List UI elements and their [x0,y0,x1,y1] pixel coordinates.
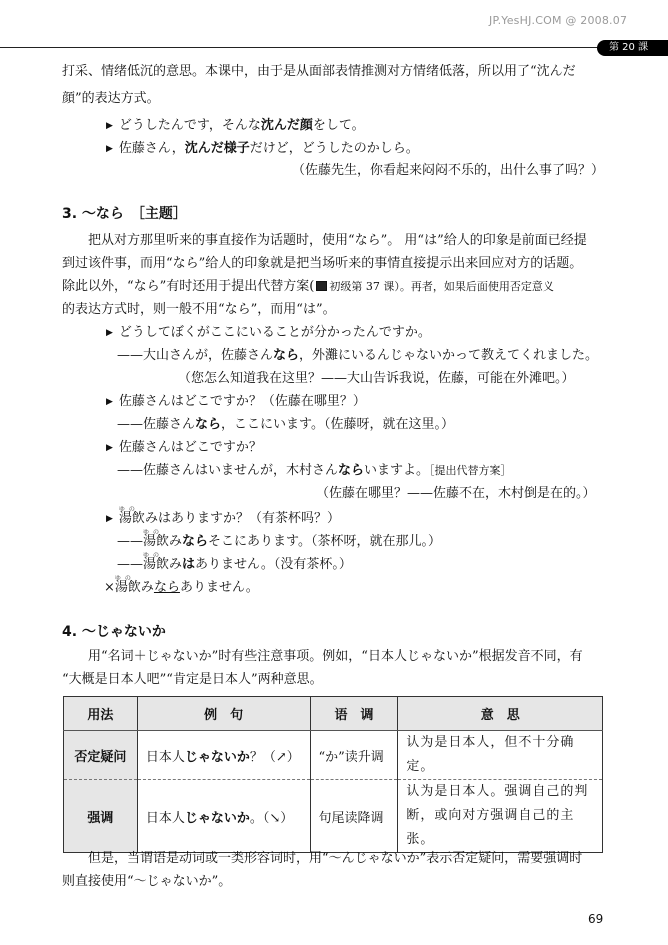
section-heading-3: 3. ～なら ［主题］ [62,206,187,222]
lesson-badge: 第 20 課 [597,40,668,56]
usage-cell: 否定疑问 [64,731,138,780]
bullet-triangle-icon: ▶ [106,144,113,154]
ruby-word: ゆの湯飲 [119,511,145,527]
column-header: 意 思 [398,697,603,731]
example-item: ▶佐藤さんはどこですか？ [106,440,262,457]
example-cell: 日本人じゃないか。（↘） [137,780,310,853]
cross-mark-icon: × [104,580,115,595]
example-answer: ——大山さんが，佐藤さんなら，外灘にいるんじゃないかって教えてくれました。 [117,348,598,364]
column-header: 用法 [64,697,138,731]
example-cell: 日本人じゃないか？（↗） [137,731,310,780]
bullet-triangle-icon: ▶ [106,397,113,407]
translation: （佐藤先生，你看起来闷闷不乐的，出什么事了吗？） [292,163,604,179]
translation: （佐藤在哪里？——佐藤不在，木村倒是在的。） [316,486,596,502]
column-header: 例 句 [137,697,310,731]
example-answer: ——佐藤さんなら，ここにいます。（佐藤呀，就在这里。） [117,417,454,433]
paragraph-line: 用“名词＋じゃないか”时有些注意事项。例如，“日本人じゃないか”根据发音不同，有 [88,649,583,665]
example-item: ▶佐藤さん，沈んだ様子だけど，どうしたのかしら。 [106,141,419,158]
ruby-word: ゆの湯飲 [143,557,169,573]
paragraph-line: 的表达方式时，则一般不用“なら”，而用“は”。 [62,302,336,318]
paragraph-line: 除此以外，“なら”有时还用于提出代替方案(初级第 37 课）。再者，如果后面使用… [62,279,554,295]
intonation-cell: “か”读升调 [310,731,398,780]
example-answer: ——佐藤さんはいませんが，木村さんならいますよ。［提出代替方案］ [117,463,512,479]
example-item: ▶どうしてぼくがここにいることが分かったんですか。 [106,325,431,342]
example-answer: ——ゆの湯飲みならそこにあります。（茶杯呀，就在那儿。） [117,534,441,550]
paragraph-line: 到过该件事，而用“なら”给人的印象就是把当场听来的事情直接提示出来回应对方的话题… [62,256,582,272]
ruby-word: ゆの湯飲 [115,580,141,596]
meaning-cell: 认为是日本人。强调自己的判断，或向对方强调自己的主张。 [398,780,603,853]
bullet-triangle-icon: ▶ [106,328,113,338]
watermark: JP.YesHJ.COM @ 2008.07 [489,14,627,27]
column-header: 语 调 [310,697,398,731]
paragraph-line: “大概是日本人吧”“肯定是日本人”两种意思。 [62,672,323,688]
header-rule [0,47,600,48]
grammar-table: 用法 例 句 语 调 意 思 否定疑问 日本人じゃないか？（↗） “か”读升调 … [63,696,603,853]
translation: （您怎么知道我在这里？——大山告诉我说，佐藤，可能在外滩吧。） [178,371,575,387]
intro-line-2: 顔”的表达方式。 [62,91,160,107]
paragraph-line: 则直接使用“～じゃないか”。 [62,874,231,890]
incorrect-example: ×ゆの湯飲みならありません。 [104,580,259,596]
table-header-row: 用法 例 句 语 调 意 思 [64,697,603,731]
example-item: ▶佐藤さんはどこですか？（佐藤在哪里？） [106,394,366,411]
table-row: 强调 日本人じゃないか。（↘） 句尾读降调 认为是日本人。强调自己的判断，或向对… [64,780,603,853]
usage-cell: 强调 [64,780,138,853]
bullet-triangle-icon: ▶ [106,121,113,131]
example-item: ▶どうしたんです，そんな沈んだ顔をして。 [106,118,365,135]
bullet-triangle-icon: ▶ [106,443,113,453]
section-heading-4: 4. ～じゃないか [62,624,166,640]
intonation-cell: 句尾读降调 [310,780,398,853]
intro-line-1: 打采、情绪低沉的意思。本课中，由于是从面部表情推测对方情绪低落，所以用了“沈んだ [62,64,576,80]
bullet-triangle-icon: ▶ [106,514,113,524]
book-icon [316,281,327,291]
paragraph-line: 把从对方那里听来的事直接作为话题时，使用“なら”。 用“は”给人的印象是前面已经… [88,233,587,249]
paragraph-line: 但是，当谓语是动词或一类形容词时，用“～んじゃないか”表示否定疑问，需要强调时 [88,851,582,867]
example-item: ▶ゆの湯飲みはありますか？（有茶杯吗？） [106,511,340,528]
example-answer: ——ゆの湯飲みはありません。（没有茶杯。） [117,557,352,573]
table-row: 否定疑问 日本人じゃないか？（↗） “か”读升调 认为是日本人，但不十分确定。 [64,731,603,780]
meaning-cell: 认为是日本人，但不十分确定。 [398,731,603,780]
page-number: 69 [588,912,603,926]
